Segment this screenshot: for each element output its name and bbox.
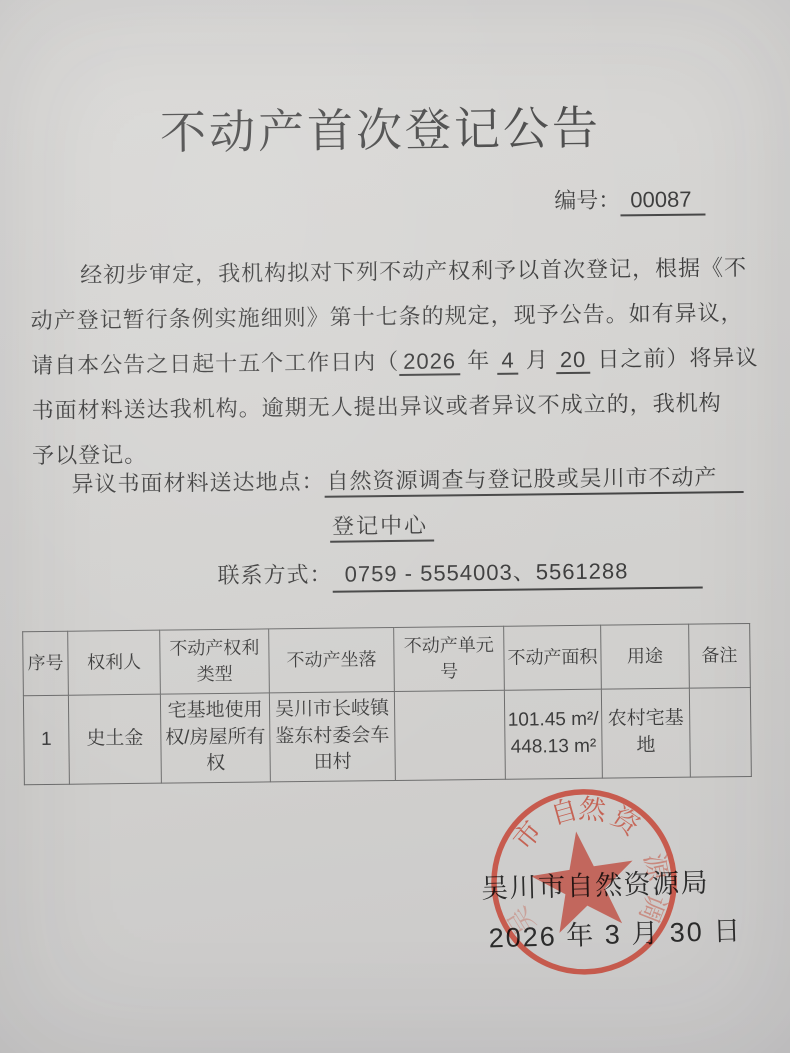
line3-sep1: 年 [467,348,490,373]
deadline-day: 20 [556,347,591,374]
serial-number-row: 编号：00087 [554,182,706,217]
header-area: 不动产面积 [504,625,602,690]
cell-usage: 农村宅基 地 [601,688,690,778]
deadline-year: 2026 [399,348,460,376]
delivery-address-row: 异议书面材料送达地点：自然资源调查与登记股或吴川市不动产 [71,460,743,499]
contact-phones: 0759 - 5554003、5561288 [332,554,702,593]
header-rights-holder: 权利人 [68,630,161,695]
header-unit-number: 不动产单元号 [394,626,505,691]
line3-post: 日之前）将异议 [597,345,758,372]
issue-date: 2026 年 3 月 30 日 [488,909,743,956]
line3-sep2: 月 [526,347,549,372]
seal-ring-char: 市 [507,816,547,856]
seal-ring-char: 自 [547,794,581,830]
property-table: 序号 权利人 不动产权利 类型 不动产坐落 不动产单元号 不动产面积 用途 备注… [22,623,752,785]
header-location: 不动产坐落 [269,628,395,693]
contact-label: 联系方式： [217,562,332,588]
deadline-month: 4 [497,348,519,375]
cell-location: 吴川市长岐镇 鉴东村委会车 田村 [269,692,395,782]
cell-rights-holder: 史土金 [68,694,161,784]
delivery-address-part2: 登记中心 [330,513,434,543]
announcement-sheet: 不动产首次登记公告 编号：00087 经初步审定，我机构拟对下列不动产权利予以首… [0,0,790,1053]
header-usage: 用途 [601,624,690,689]
header-seq: 序号 [23,631,69,696]
cell-unit-number [394,690,505,780]
header-right-type: 不动产权利 类型 [160,629,270,694]
table-header-row: 序号 权利人 不动产权利 类型 不动产坐落 不动产单元号 不动产面积 用途 备注 [23,623,751,695]
notice-paragraph: 经初步审定，我机构拟对下列不动产权利予以首次登记，根据《不 动产登记暂行条例实施… [30,245,761,478]
page-title: 不动产首次登记公告 [0,90,766,165]
document-photo: 不动产首次登记公告 编号：00087 经初步审定，我机构拟对下列不动产权利予以首… [0,0,790,1053]
issuer-name: 吴川市自然资源局 [481,861,710,906]
seal-ring-char: 然 [577,793,608,826]
delivery-address-row2: 登记中心 [330,509,434,541]
line3-pre: 请自本公告之日起十五个工作日内（ [31,349,399,378]
cell-remarks [689,687,751,777]
seal-ring-char: 资 [606,801,646,842]
table-row: 1 史土金 宅基地使用 权/房屋所有 权 吴川市长岐镇 鉴东村委会车 田村 10… [23,687,751,784]
paragraph-line: 书面材料送达我机构。逾期无人提出异议或者异议不成立的，我机构 [31,380,759,433]
serial-label: 编号： [554,187,620,213]
delivery-label: 异议书面材料送达地点： [71,469,324,497]
cell-right-type: 宅基地使用 权/房屋所有 权 [160,693,270,783]
header-remarks: 备注 [689,623,751,688]
cell-area: 101.45 m²/ 448.13 m² [504,689,602,779]
contact-row: 联系方式：0759 - 5554003、5561288 [217,554,702,594]
delivery-address-part1: 自然资源调查与登记股或吴川市不动产 [324,464,743,498]
serial-value: 00087 [620,186,706,216]
cell-seq: 1 [23,695,69,785]
